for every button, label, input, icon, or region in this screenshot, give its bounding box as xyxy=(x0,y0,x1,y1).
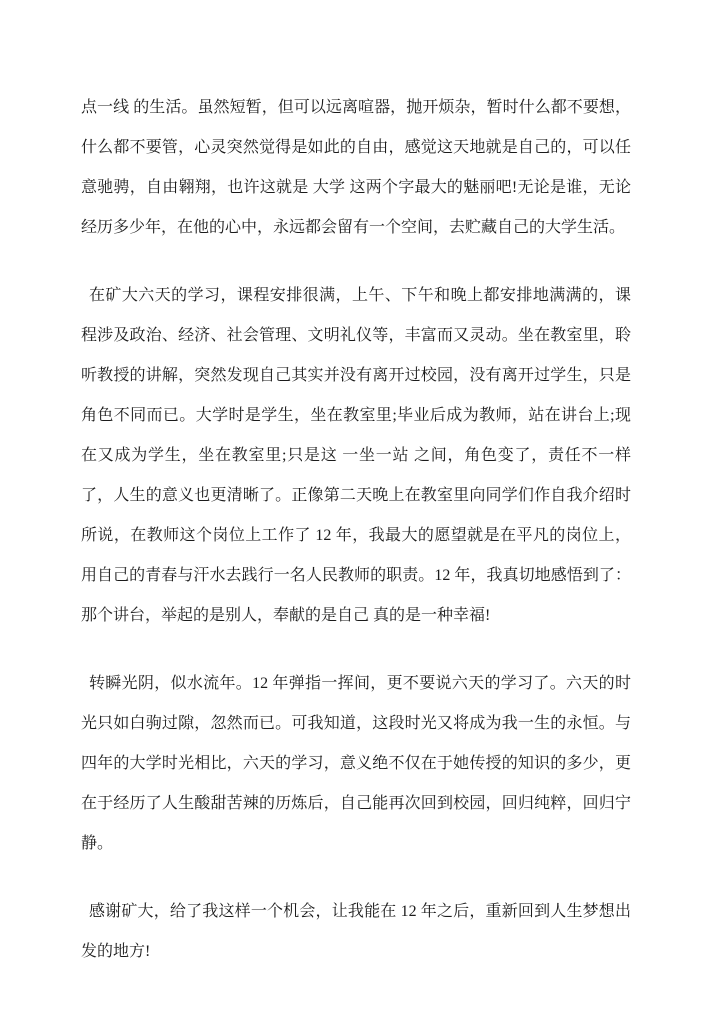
document-page: 点一线 的生活。虽然短暂，但可以远离喧器，抛开烦杂，暂时什么都不要想，什么都不要… xyxy=(81,88,631,1000)
document-background: { "page": { "background_color": "#ffffff… xyxy=(0,0,721,1020)
paragraph: 转瞬光阴，似水流年。12 年弹指一挥间，更不要说六天的学习了。六天的时光只如白驹… xyxy=(81,664,631,864)
paragraph: 点一线 的生活。虽然短暂，但可以远离喧器，抛开烦杂，暂时什么都不要想，什么都不要… xyxy=(81,88,631,248)
paragraph: 在矿大六天的学习，课程安排很满，上午、下午和晚上都安排地满满的，课程涉及政治、经… xyxy=(81,276,631,636)
paragraph: 感谢矿大，给了我这样一个机会，让我能在 12 年之后，重新回到人生梦想出发的地方… xyxy=(81,892,631,972)
